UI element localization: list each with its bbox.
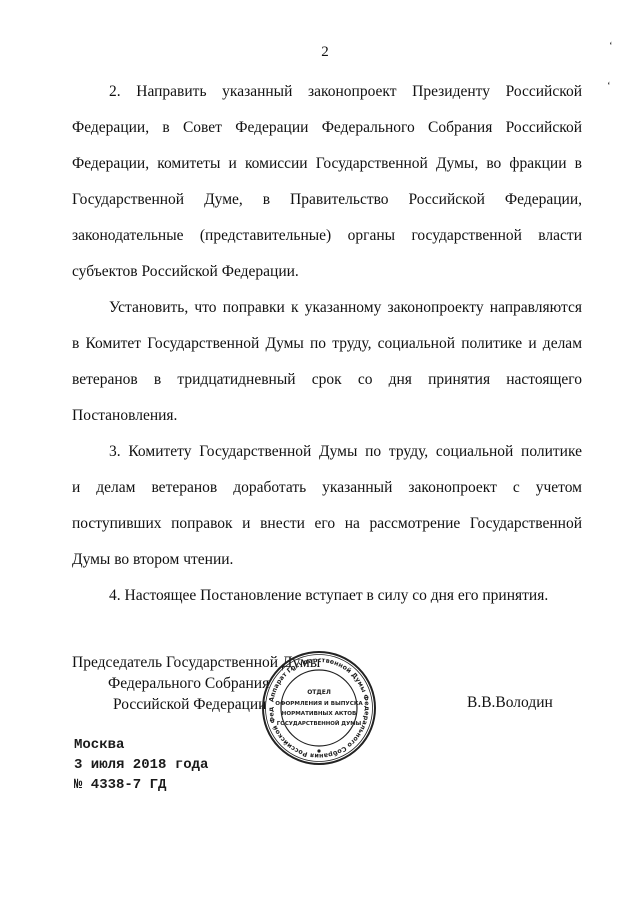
stamp-seal-icon: Аппарат Государственной Думы Федеральног… xyxy=(261,650,377,766)
text-line: Федерации, комитеты и комиссии Государст… xyxy=(72,155,582,173)
margin-mark: ‘ xyxy=(607,80,611,92)
official-stamp: Аппарат Государственной Думы Федеральног… xyxy=(261,650,377,766)
text-line: 2. Направить указанный законопроект През… xyxy=(109,83,582,101)
city: Москва xyxy=(74,737,124,753)
signer-title-line: Российской Федерации xyxy=(113,694,266,715)
text-line: и делам ветеранов доработать указанный з… xyxy=(72,479,582,497)
text-line: Думы во втором чтении. xyxy=(72,551,582,569)
text-line: ветеранов в тридцатидневный срок со дня … xyxy=(72,371,582,389)
text-line: Установить, что поправки к указанному за… xyxy=(109,299,582,317)
text-line: Государственной Думе, в Правительство Ро… xyxy=(72,191,582,209)
text-line: 3. Комитету Государственной Думы по труд… xyxy=(109,443,582,461)
stamp-inner-line: ГОСУДАРСТВЕННОЙ ДУМЫ xyxy=(277,719,362,727)
text-line: поступивших поправок и внести его на рас… xyxy=(72,515,582,533)
stamp-inner-line: ОТДЕЛ xyxy=(307,689,331,696)
stamp-inner-line: НОРМАТИВНЫХ АКТОВ xyxy=(282,711,357,717)
page-number: 2 xyxy=(0,44,640,61)
document-number: № 4338-7 ГД xyxy=(74,777,166,793)
text-line: 4. Настоящее Постановление вступает в си… xyxy=(109,587,582,605)
text-line: Федерации, в Совет Федерации Федеральног… xyxy=(72,119,582,137)
text-line: Постановления. xyxy=(72,407,582,425)
text-line: в Комитет Государственной Думы по труду,… xyxy=(72,335,582,353)
signer-name: В.В.Володин xyxy=(467,694,553,712)
date: 3 июля 2018 года xyxy=(74,757,208,773)
text-line: законодательные (представительные) орган… xyxy=(72,227,582,245)
stamp-inner-line: ОФОРМЛЕНИЯ И ВЫПУСКА xyxy=(275,701,363,707)
text-line: субъектов Российской Федерации. xyxy=(72,263,582,281)
margin-mark: ‘ xyxy=(609,40,613,52)
signer-title-line: Федерального Собрания xyxy=(108,673,269,694)
